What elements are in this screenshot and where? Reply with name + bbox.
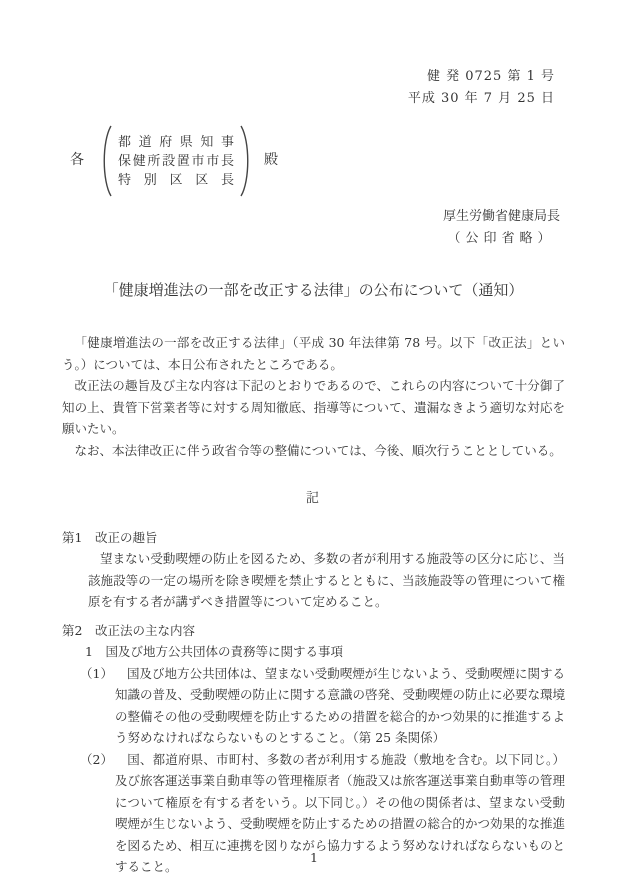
record-marker: 記 — [62, 488, 565, 510]
sender-seal-note: （公印省略） — [443, 228, 560, 250]
section1-body: 望まない受動喫煙の防止を図るため、多数の者が利用する施設等の区分に応じ、当該施設… — [88, 548, 565, 613]
document-body: 「健康増進法の一部を改正する法律」（平成 30 年法律第 78 号。以下「改正法… — [62, 332, 565, 461]
addressee-recipient: 保健所設置市市長 — [118, 152, 234, 171]
addressee-prefix: 各 — [70, 150, 84, 172]
document-title: 「健康増進法の一部を改正する法律」の公布について（通知） — [62, 279, 565, 301]
section2-item-1: （1）国及び地方公共団体は、望まない受動喫煙が生じないよう、受動喫煙に関する知識… — [115, 663, 565, 749]
addressee-bracket-right-icon — [239, 123, 252, 199]
addressee-recipient: 特別区区長 — [118, 171, 234, 190]
document-page: 健 発 0725 第 1 号 平成 30 年 7 月 25 日 各 都道府県知事… — [0, 0, 628, 878]
section2-heading: 第2 改正法の主な内容 — [62, 620, 565, 642]
document-date: 平成 30 年 7 月 25 日 — [62, 88, 555, 110]
sender-title: 厚生労働省健康局長 — [443, 206, 560, 228]
item-1-label: （1） — [80, 663, 127, 685]
body-paragraph-3: なお、本法律改正に伴う政省令等の整備については、今後、順次行うこととしている。 — [62, 440, 565, 462]
body-paragraph-1: 「健康増進法の一部を改正する法律」（平成 30 年法律第 78 号。以下「改正法… — [62, 332, 565, 375]
section2-subheading: 1 国及び地方公共団体の責務等に関する事項 — [85, 641, 565, 663]
addressee-list: 都道府県知事 保健所設置市市長 特別区区長 — [118, 133, 234, 190]
addressee-block: 各 都道府県知事 保健所設置市市長 特別区区長 殿 — [70, 123, 565, 199]
body-paragraph-2: 改正法の趣旨及び主な内容は下記のとおりであるので、これらの内容について十分御了知… — [62, 375, 565, 440]
sender-block: 厚生労働省健康局長 （公印省略） — [62, 206, 565, 249]
document-number: 健 発 0725 第 1 号 — [62, 66, 555, 88]
document-header: 健 発 0725 第 1 号 平成 30 年 7 月 25 日 — [62, 66, 565, 109]
page-number: 1 — [0, 847, 628, 869]
addressee-recipient: 都道府県知事 — [118, 133, 234, 152]
addressee-bracket-left-icon — [100, 123, 113, 199]
addressee-suffix: 殿 — [264, 150, 278, 172]
section1-heading: 第1 改正の趣旨 — [62, 527, 565, 549]
item-2-label: （2） — [80, 749, 127, 771]
item-1-text: 国及び地方公共団体は、望まない受動喫煙が生じないよう、受動喫煙に関する知識の普及… — [115, 666, 565, 746]
